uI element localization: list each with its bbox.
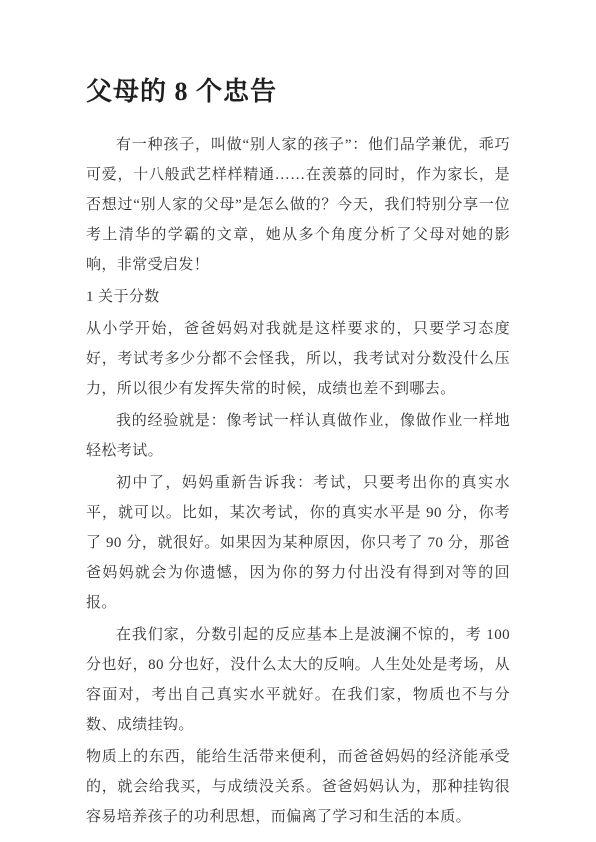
section-heading-scores: 1 关于分数 [86, 282, 510, 312]
body-paragraph: 有一种孩子，叫做“别人家的孩子”：他们品学兼优，乖巧可爱，十八般武艺样样精通……… [86, 130, 510, 280]
body-paragraph: 从小学开始，爸爸妈妈对我就是这样要求的，只要学习态度好，考试考多少分都不会怪我，… [86, 314, 510, 404]
body-paragraph: 在我们家，分数引起的反应基本上是波澜不惊的，考 100 分也好，80 分也好，没… [86, 620, 510, 740]
document-page: 父母的 8 个忠告 有一种孩子，叫做“别人家的孩子”：他们品学兼优，乖巧可爱，十… [0, 0, 596, 842]
page-title: 父母的 8 个忠告 [86, 76, 510, 108]
body-paragraph: 我的经验就是：像考试一样认真做作业，像做作业一样地轻松考试。 [86, 406, 510, 466]
body-paragraph: 初中了，妈妈重新告诉我：考试，只要考出你的真实水平，就可以。比如，某次考试，你的… [86, 468, 510, 618]
body-paragraph: 物质上的东西，能给生活带来便利，而爸爸妈妈的经济能承受的，就会给我买，与成绩没关… [86, 742, 510, 832]
